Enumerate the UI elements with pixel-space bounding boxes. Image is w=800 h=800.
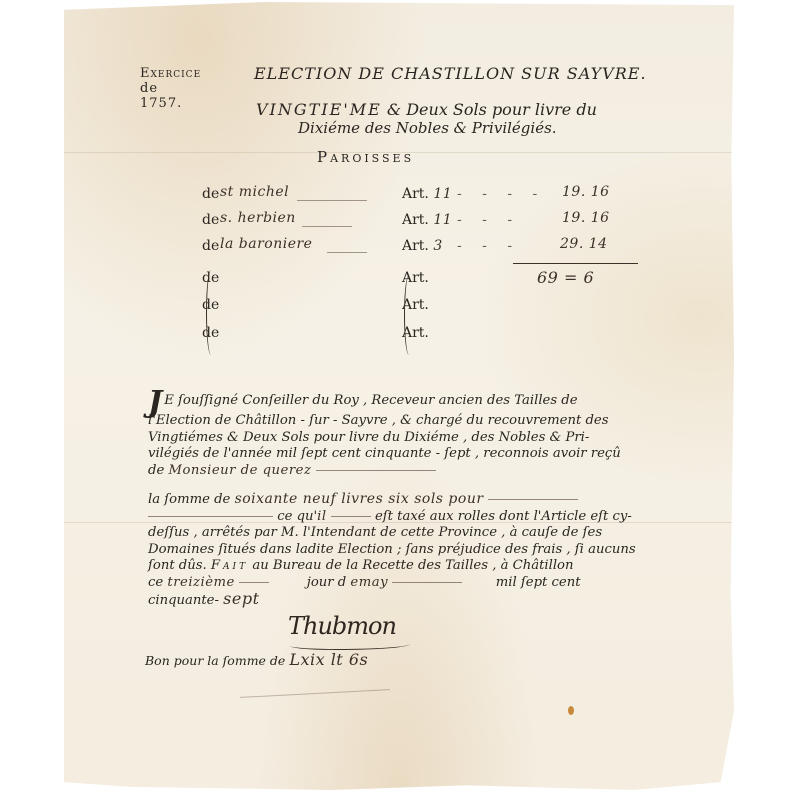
parish-amount: 19. 16 [562, 184, 610, 200]
fill-line [488, 499, 578, 500]
leader-dots: - - - [457, 238, 520, 254]
bracket-stroke [206, 270, 216, 355]
article-ref: Art. 11 [402, 212, 452, 228]
election-title: ELECTION DE CHASTILLON SUR SAYVRE. [254, 64, 647, 83]
bon-pour-line: Bon pour la ſomme de Lxix lt 6s [145, 650, 368, 669]
receiver-signature: Thubmon [288, 612, 396, 640]
parish-amount: 19. 16 [562, 210, 610, 226]
body-line: ſont dûs. Fait au Bureau de la Recette d… [148, 558, 693, 575]
leader-dots: - - - - [457, 186, 545, 202]
fill-line [327, 252, 367, 253]
fill-line [331, 516, 371, 517]
receipt-text: JE ſouſſigné Conſeiller du Roy , Receveu… [148, 393, 693, 610]
fill-line [148, 516, 273, 517]
fill-line [392, 582, 462, 583]
body-line: deſſus , arrêtés par M. l'Intendant de c… [148, 525, 693, 542]
tax-title-rest: & Deux Sols pour livre du [387, 100, 597, 119]
parish-prefix: de [202, 212, 219, 228]
body-line: l'Election de Châtillon - ſur - Sayvre ,… [148, 413, 693, 430]
bon-label: Bon pour la ſomme de [145, 653, 285, 668]
fill-line [239, 582, 269, 583]
parish-name: s. herbien [220, 210, 296, 226]
parish-amount: 29. 14 [560, 236, 608, 252]
parish-name: la baroniere [220, 236, 312, 252]
ink-stain [568, 706, 574, 715]
total-amount: 69 = 6 [537, 268, 594, 287]
parish-row: de Art. [202, 325, 642, 345]
article-ref: Art. 3 [402, 238, 443, 254]
paroisses-heading: Paroisses [317, 148, 414, 166]
leader-dots: - - - [457, 212, 520, 228]
body-line: Domaines ſitués dans ladite Election ; ſ… [148, 542, 693, 559]
fill-line [302, 226, 352, 227]
exercice-label: Exercice [140, 66, 201, 81]
year-handwritten: sept [223, 589, 259, 608]
bon-amount: Lxix lt 6s [289, 650, 368, 669]
sum-line [513, 263, 638, 264]
parish-row: de la baroniere Art. 3 - - - 29. 14 [202, 238, 642, 258]
exercice-year: 1757. [140, 96, 201, 111]
parish-row: de Art. 69 = 6 [202, 270, 642, 290]
parish-prefix: de [202, 238, 219, 254]
body-line: vilégiés de l'année mil ſept cent cinqua… [148, 446, 693, 463]
body-line: JE ſouſſigné Conſeiller du Roy , Receveu… [148, 393, 693, 413]
day-handwritten: treizième [167, 575, 234, 590]
exercice-block: Exercice de 1757. [140, 66, 201, 111]
tax-title-caps: VINGTIE'ME [256, 100, 382, 119]
body-line: ce qu'il eſt taxé aux rolles dont l'Arti… [148, 509, 693, 526]
body-line: cinquante- sept [148, 591, 693, 610]
exercice-de: de [140, 81, 201, 96]
parish-prefix: de [202, 186, 219, 202]
body-line: Vingtiémes & Deux Sols pour livre du Dix… [148, 430, 693, 447]
fill-line [316, 470, 436, 471]
parish-name: st michel [220, 184, 289, 200]
parish-row: de s. herbien Art. 11 - - - 19. 16 [202, 212, 642, 232]
parish-row: de st michel Art. 11 - - - - 19. 16 [202, 186, 642, 206]
sum-words: soixante neuf livres six sols pour [235, 491, 484, 507]
parish-row: de Art. [202, 297, 642, 317]
fill-line [297, 200, 367, 201]
tax-title: VINGTIE'ME & Deux Sols pour livre du [256, 100, 597, 119]
body-line: la ſomme de soixante neuf livres six sol… [148, 491, 693, 509]
tax-subtitle: Dixiéme des Nobles & Privilégiés. [298, 119, 557, 137]
payer-name: Monsieur de querez [168, 463, 311, 478]
bracket-stroke [404, 275, 414, 355]
month-handwritten: emay [350, 575, 388, 590]
body-line: de Monsieur de querez [148, 463, 693, 480]
article-ref: Art. 11 [402, 186, 452, 202]
